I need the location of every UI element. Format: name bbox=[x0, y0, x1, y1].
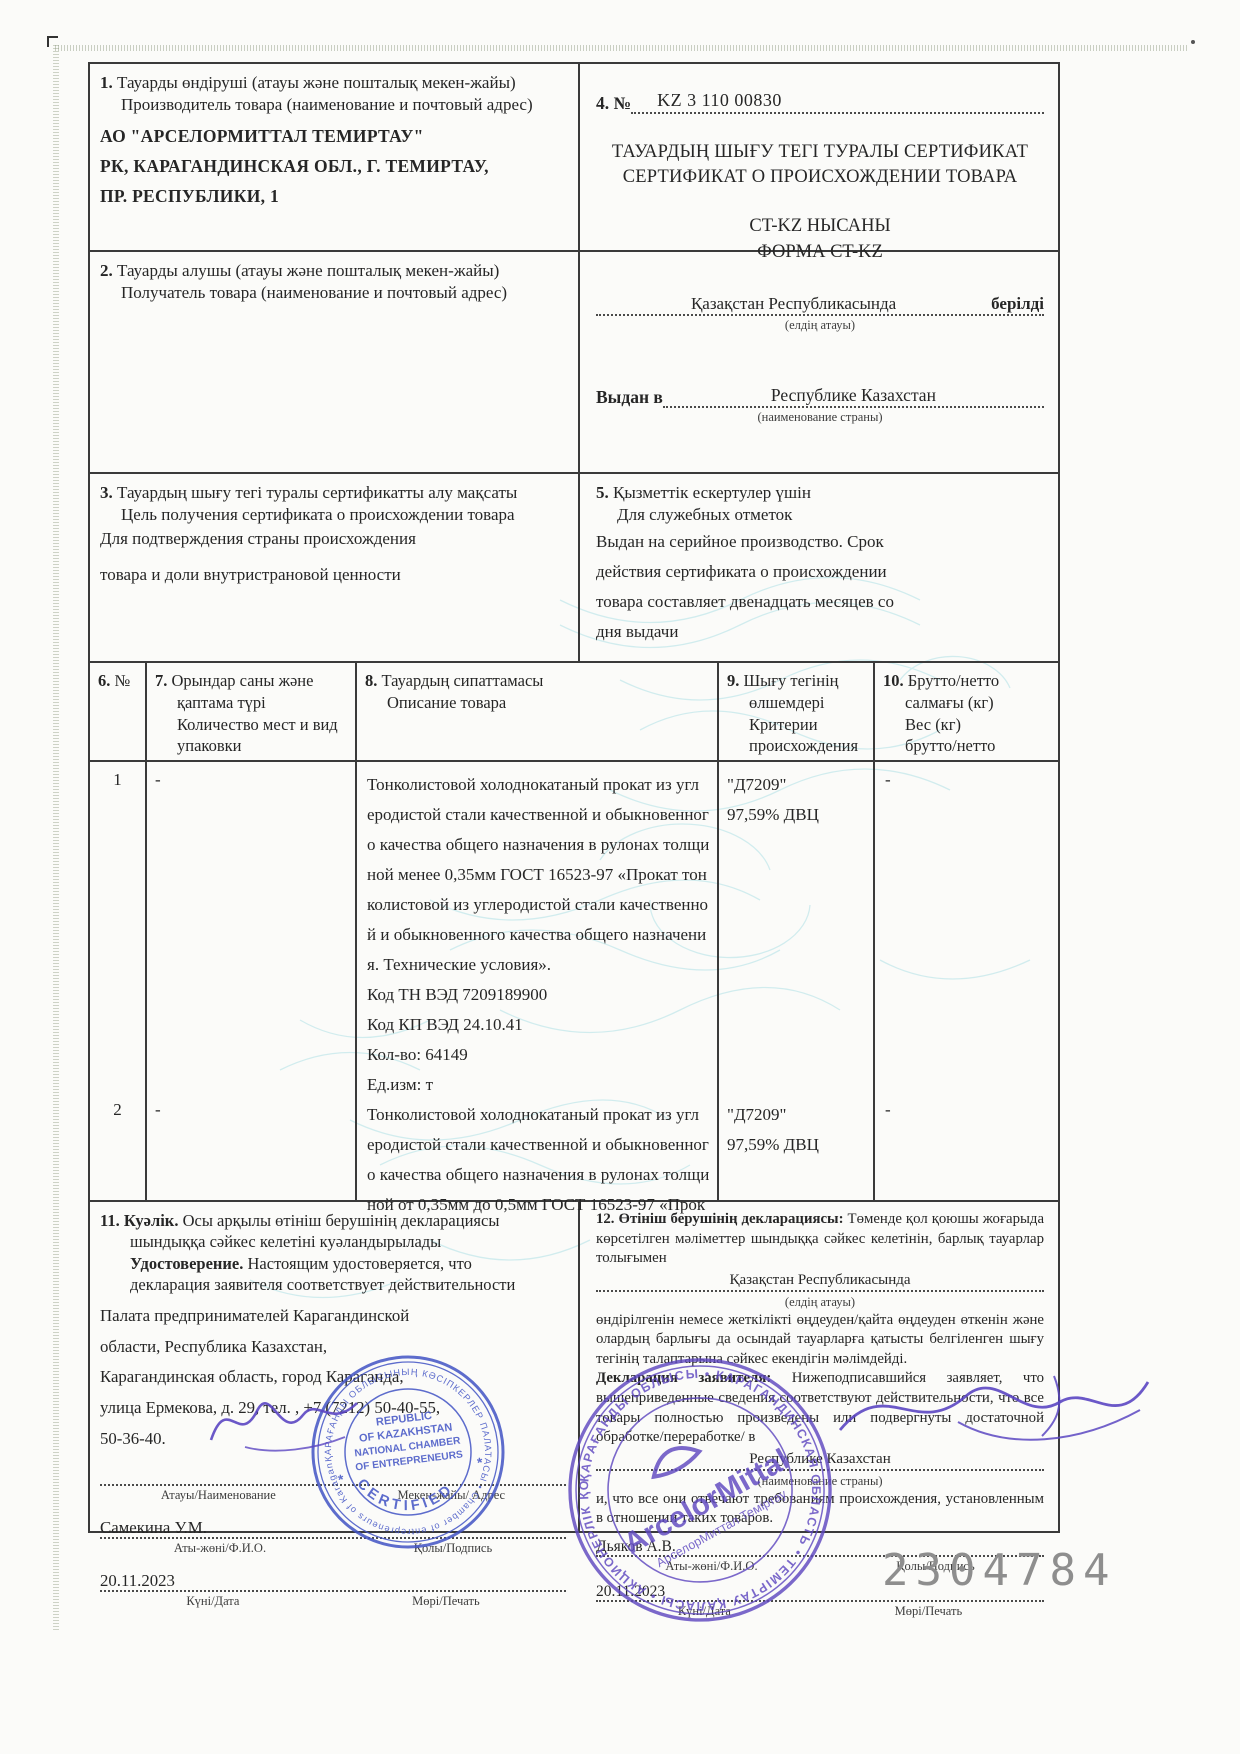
col-origin: "Д7209" 97,59% ДВЦ "Д7209" 97,59% ДВЦ bbox=[719, 762, 875, 1200]
goods-table-header: 6. № 7. Орындар саны және қаптама түрі К… bbox=[90, 663, 1058, 762]
row-producer-number: 1. Тауарды өндіруші (атауы және пошталық… bbox=[90, 64, 1058, 252]
box3-num: 3. bbox=[100, 483, 113, 502]
label-stamp: Мөрі/Печать bbox=[412, 1593, 480, 1609]
label-name: Атауы/Наименование bbox=[161, 1487, 276, 1503]
declared-hint-kz: (елдің атауы) bbox=[596, 1294, 1044, 1311]
col10-num: 10. bbox=[883, 671, 904, 690]
row1-desc-line: ной менее 0,35мм ГОСТ 16523-97 «Прокат т… bbox=[357, 860, 717, 890]
country-hint-ru: (наименование страны) bbox=[596, 410, 1044, 425]
security-microprint-top bbox=[55, 45, 1187, 51]
box5-label: 5. Қызметтік ескертулер үшін Для служебн… bbox=[596, 482, 1044, 527]
box11-title-ru: Удостоверение. bbox=[130, 1254, 243, 1273]
box2-receiver: 2. Тауарды алушы (атауы және пошталық ме… bbox=[90, 252, 580, 472]
box5-num: 5. bbox=[596, 483, 609, 502]
row1-origin-criterion: "Д7209" bbox=[719, 770, 873, 800]
col8-line2: Описание товара bbox=[365, 692, 711, 714]
row2-origin: "Д7209" 97,59% ДВЦ bbox=[719, 1100, 873, 1160]
country-hint-kz: (елдің атауы) bbox=[596, 318, 1044, 333]
col7-line1: Орындар саны және bbox=[172, 671, 314, 690]
issued-word-ru: Выдан в bbox=[596, 387, 663, 408]
row1-places: - bbox=[147, 770, 355, 790]
row1-desc-line: я. Технические условия». bbox=[357, 950, 717, 980]
col6-num: 6. bbox=[98, 671, 110, 690]
applicant-signature bbox=[828, 1352, 1158, 1462]
issued-country-kz: Қазақстан Республикасында bbox=[596, 294, 991, 314]
security-microprint-left bbox=[53, 45, 59, 1630]
label-fio: Аты-жөні/Ф.И.О. bbox=[174, 1540, 266, 1556]
producer-address-2: ПР. РЕСПУБЛИКИ, 1 bbox=[100, 186, 566, 207]
col9-line4: происхождения bbox=[727, 735, 867, 757]
box1-label-ru: Производитель товара (наименование и поч… bbox=[100, 94, 566, 116]
issued-country-ru-line: Выдан в Республике Казахстан bbox=[596, 385, 1044, 408]
col9-num: 9. bbox=[727, 671, 739, 690]
declared-country-kz: Қазақстан Республикасында bbox=[596, 1271, 1044, 1291]
row-purpose-notes: 3. Тауардың шығу тегі туралы сертификатт… bbox=[90, 474, 1058, 663]
box11-ru-text: Удостоверение. Настоящим удостоверяется,… bbox=[100, 1253, 566, 1274]
certificate-number-line: 4. № KZ 3 110 00830 bbox=[596, 90, 1044, 114]
col-weight: - - bbox=[875, 762, 1058, 1200]
col8-line1: Тауардың сипаттамасы bbox=[382, 671, 544, 690]
issued-country-kz-line: Қазақстан Республикасында берілді bbox=[596, 294, 1044, 316]
notes-line-3: товара составляет двенадцать месяцев со bbox=[596, 587, 1044, 617]
box11-kz-text2: шындыққа сәйкес келетіні куәландырылады bbox=[100, 1232, 441, 1251]
box3-label-ru: Цель получения сертификата о происхожден… bbox=[100, 504, 566, 526]
label-date: Күні/Дата bbox=[186, 1593, 239, 1609]
row1-desc-unit: Ед.изм: т bbox=[357, 1070, 717, 1100]
chamber-stamp-star-left: * bbox=[337, 1471, 345, 1488]
row2-origin-criterion: "Д7209" bbox=[719, 1100, 873, 1130]
row2-desc-line: ной от 0,35мм до 0,5мм ГОСТ 16523-97 «Пр… bbox=[357, 1190, 717, 1220]
row1-origin: "Д7209" 97,59% ДВЦ bbox=[719, 770, 873, 830]
box11-ru-text1: Настоящим удостоверяется, что bbox=[248, 1254, 472, 1273]
col9-header: 9. Шығу тегінің өлшемдері Критерии проис… bbox=[719, 663, 875, 760]
row1-description: Тонколистовой холоднокатаный прокат из у… bbox=[357, 770, 717, 1100]
row2-no: 2 bbox=[90, 1100, 145, 1120]
box1-label-kz: Тауарды өндіруші (атауы және пошталық ме… bbox=[117, 73, 516, 92]
box11-num: 11. bbox=[100, 1211, 120, 1230]
col10-line1: Брутто/нетто bbox=[908, 671, 999, 690]
box4-num-label: 4. № bbox=[596, 93, 631, 114]
col10-header: 10. Брутто/нетто салмағы (кг) Вес (кг) б… bbox=[875, 663, 1058, 760]
col10-line2: салмағы (кг) bbox=[883, 692, 1052, 714]
issued-country-ru: Республике Казахстан bbox=[663, 385, 1044, 408]
certificate-title-ru: СЕРТИФИКАТ О ПРОИСХОЖДЕНИИ ТОВАРА bbox=[596, 165, 1044, 190]
producer-address-1: РК, КАРАГАНДИНСКАЯ ОБЛ., Г. ТЕМИРТАУ, bbox=[100, 156, 566, 177]
chamber-date: 20.11.2023 bbox=[100, 1570, 566, 1592]
box1-label: 1. Тауарды өндіруші (атауы және пошталық… bbox=[100, 72, 566, 117]
row2-description: Тонколистовой холоднокатаный прокат из у… bbox=[357, 1100, 717, 1220]
col10-line3: Вес (кг) bbox=[883, 714, 1052, 736]
box11-ru-text2: декларация заявителя соответствует дейст… bbox=[100, 1274, 566, 1295]
col7-line3: Количество мест и вид bbox=[155, 714, 349, 736]
col7-header: 7. Орындар саны және қаптама түрі Количе… bbox=[147, 663, 357, 760]
col-no: 1 2 bbox=[90, 762, 147, 1200]
certificate-title: ТАУАРДЫҢ ШЫҒУ ТЕГІ ТУРАЛЫ СЕРТИФИКАТ СЕР… bbox=[596, 140, 1044, 190]
issued-word-kz: берілді bbox=[991, 294, 1044, 314]
row1-origin-share: 97,59% ДВЦ bbox=[719, 800, 873, 830]
chamber-signature bbox=[205, 1385, 365, 1460]
row1-no: 1 bbox=[90, 770, 145, 790]
row2-desc-line: еродистой стали качественной и обыкновен… bbox=[357, 1130, 717, 1160]
row1-desc-line: й и обыкновенного качества общего назнач… bbox=[357, 920, 717, 950]
official-notes-value: Выдан на серийное производство. Срок дей… bbox=[596, 527, 1044, 647]
col9-line3: Критерии bbox=[727, 714, 867, 736]
row1-desc-kpved: Код КП ВЭД 24.10.41 bbox=[357, 1010, 717, 1040]
box2-label-kz: Тауарды алушы (атауы және пошталық мекен… bbox=[117, 261, 499, 280]
producer-value: АО "АРСЕЛОРМИТТАЛ ТЕМИРТАУ" РК, КАРАГАНД… bbox=[100, 126, 566, 207]
box2-label: 2. Тауарды алушы (атауы және пошталық ме… bbox=[100, 260, 566, 305]
col7-line4: упаковки bbox=[155, 735, 349, 757]
box-issued-in: Қазақстан Республикасында берілді (елдің… bbox=[580, 252, 1058, 472]
col9-line1: Шығу тегінің bbox=[744, 671, 839, 690]
col6-title: № bbox=[115, 671, 131, 690]
col8-header: 8. Тауардың сипаттамасы Описание товара bbox=[357, 663, 719, 760]
row2-places: - bbox=[147, 1100, 355, 1120]
row1-desc-line: о качества общего назначения в рулонах т… bbox=[357, 830, 717, 860]
certificate-frame: 1. Тауарды өндіруші (атауы және пошталық… bbox=[88, 62, 1060, 1533]
row1-desc-tnved: Код ТН ВЭД 7209189900 bbox=[357, 980, 717, 1010]
col-description: Тонколистовой холоднокатаный прокат из у… bbox=[357, 762, 719, 1200]
row1-desc-line: Тонколистовой холоднокатаный прокат из у… bbox=[357, 770, 717, 800]
box5-official-notes: 5. Қызметтік ескертулер үшін Для служебн… bbox=[580, 474, 1058, 661]
goods-table-body: 1 2 - - Тонколистовой холоднокатаный про… bbox=[90, 762, 1058, 1202]
certificate-title-kz: ТАУАРДЫҢ ШЫҒУ ТЕГІ ТУРАЛЫ СЕРТИФИКАТ bbox=[596, 140, 1044, 165]
box11-title-kz: Куәлік. bbox=[124, 1211, 179, 1230]
declared-country-kz-line: Қазақстан Республикасында bbox=[596, 1271, 1044, 1293]
col6-header: 6. № bbox=[90, 663, 147, 760]
purpose-line-1: Для подтверждения страны происхождения bbox=[100, 529, 566, 549]
col8-num: 8. bbox=[365, 671, 377, 690]
col9-line2: өлшемдері bbox=[727, 692, 867, 714]
box3-label: 3. Тауардың шығу тегі туралы сертификатт… bbox=[100, 482, 566, 527]
corner-registration-mark bbox=[47, 36, 58, 47]
notes-line-4: дня выдачи bbox=[596, 617, 1044, 647]
arcelor-logo-mark bbox=[647, 1438, 702, 1481]
box2-num: 2. bbox=[100, 261, 113, 280]
col7-num: 7. bbox=[155, 671, 167, 690]
box3-label-kz: Тауардың шығу тегі туралы сертификатты а… bbox=[117, 483, 517, 502]
col-places: - - bbox=[147, 762, 357, 1200]
notes-line-1: Выдан на серийное производство. Срок bbox=[596, 527, 1044, 557]
chamber-line-1: Палата предпринимателей Карагандинской bbox=[100, 1305, 566, 1327]
row1-weight: - bbox=[875, 770, 1058, 790]
chamber-stamp-certified: CERTIFIED bbox=[352, 1465, 459, 1521]
certificate-number-value: KZ 3 110 00830 bbox=[631, 90, 1044, 114]
box3-purpose: 3. Тауардың шығу тегі туралы сертификатт… bbox=[90, 474, 580, 661]
col10-line4: брутто/нетто bbox=[883, 735, 1052, 757]
box1-num: 1. bbox=[100, 73, 113, 92]
row2-weight: - bbox=[875, 1100, 1058, 1120]
purpose-line-2: товара и доли внутристрановой ценности bbox=[100, 565, 566, 585]
certificate-form-kz: CT-KZ НЫСАНЫ bbox=[596, 214, 1044, 240]
row2-desc-line: Тонколистовой холоднокатаный прокат из у… bbox=[357, 1100, 717, 1130]
producer-name: АО "АРСЕЛОРМИТТАЛ ТЕМИРТАУ" bbox=[100, 126, 566, 147]
box2-label-ru: Получатель товара (наименование и почтов… bbox=[100, 282, 566, 304]
box4-certificate-number: 4. № KZ 3 110 00830 ТАУАРДЫҢ ШЫҒУ ТЕГІ Т… bbox=[580, 64, 1058, 250]
serial-number: 2304784 bbox=[882, 1545, 1116, 1596]
notes-line-2: действия сертификата о происхождении bbox=[596, 557, 1044, 587]
registration-dot bbox=[1191, 40, 1195, 44]
svg-text:CERTIFIED: CERTIFIED bbox=[352, 1465, 459, 1521]
label-stamp: Мөрі/Печать bbox=[895, 1603, 963, 1620]
row-receiver-issued: 2. Тауарды алушы (атауы және пошталық ме… bbox=[90, 252, 1058, 474]
box1-producer: 1. Тауарды өндіруші (атауы және пошталық… bbox=[90, 64, 580, 250]
row2-desc-line: о качества общего назначения в рулонах т… bbox=[357, 1160, 717, 1190]
chamber-date-labels: Күні/Дата Мөрі/Печать bbox=[100, 1593, 566, 1609]
col7-line2: қаптама түрі bbox=[155, 692, 349, 714]
row2-origin-share: 97,59% ДВЦ bbox=[719, 1130, 873, 1160]
row1-desc-line: колистовой из углеродистой стали качеств… bbox=[357, 890, 717, 920]
row1-desc-qty: Кол-во: 64149 bbox=[357, 1040, 717, 1070]
arcelormittal-round-stamp: ҚАРАҒАНДЫ ОБЛЫСЫ • КАРАГАНДИНСКАЯ ОБЛАСТ… bbox=[548, 1338, 852, 1642]
box5-label-kz: Қызметтік ескертулер үшін bbox=[613, 483, 811, 502]
box5-label-ru: Для служебных отметок bbox=[596, 504, 1044, 526]
row1-desc-line: еродистой стали качественной и обыкновен… bbox=[357, 800, 717, 830]
